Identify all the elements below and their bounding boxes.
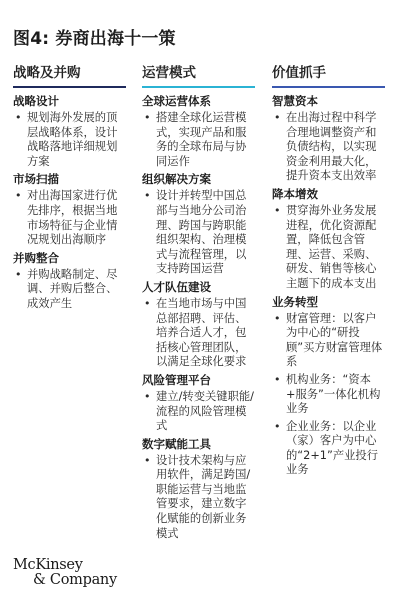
bullet-item: •搭建全球化运营模式，实现产品和服务的全球布局与协同运作	[142, 111, 255, 169]
section-title: 人才队伍建设	[142, 280, 255, 295]
bullet-list: •设计并转型中国总部与当地分公司治理、跨国与跨职能组织架构、治理模式与流程管理，…	[142, 189, 255, 277]
bullet-item: •设计技术架构与应用软件，满足跨国/职能运营与当地监管要求，建立数字化赋能的创新…	[142, 454, 255, 542]
bullet-text: 在出海过程中科学合理地调整资产和负债结构，以实现资金利用最大化，提升资本支出效率	[286, 111, 376, 182]
bullet-text: 设计技术架构与应用软件，满足跨国/职能运营与当地监管要求，建立数字化赋能的创新业…	[156, 454, 250, 540]
bullet-item: •对出海国家进行优先排序，根据当地市场特征与企业情况规划出海顺序	[13, 189, 126, 247]
bullet-list: •对出海国家进行优先排序，根据当地市场特征与企业情况规划出海顺序	[13, 189, 126, 247]
bullet-dot-icon: •	[144, 189, 151, 204]
mckinsey-logo: McKinsey & Company	[13, 558, 117, 588]
bullet-dot-icon: •	[144, 111, 151, 126]
bullet-dot-icon: •	[15, 189, 22, 204]
bullet-text: 建立/转变关键职能/流程的风险管理模式	[156, 390, 254, 432]
bullet-dot-icon: •	[274, 420, 281, 435]
bullet-dot-icon: •	[144, 297, 151, 312]
bullet-dot-icon: •	[274, 204, 281, 219]
bullet-text: 财富管理：以客户为中心的“研投顾”买方财富管理体系	[286, 312, 382, 369]
bullet-dot-icon: •	[274, 373, 281, 388]
bullet-item: •在当地市场与中国总部招聘、评估、培养合适人才，包括核心管理团队，以满足全球化要…	[142, 297, 255, 370]
section-title: 战略设计	[13, 94, 126, 109]
bullet-list: •在出海过程中科学合理地调整资产和负债结构，以实现资金利用最大化，提升资本支出效…	[272, 111, 385, 184]
section-title: 业务转型	[272, 295, 385, 310]
bullet-dot-icon: •	[144, 454, 151, 469]
bullet-dot-icon: •	[15, 111, 22, 126]
column-header-rule	[142, 86, 255, 88]
section-title: 并购整合	[13, 251, 126, 266]
bullet-text: 设计并转型中国总部与当地分公司治理、跨国与跨职能组织架构、治理模式与流程管理，以…	[156, 189, 246, 275]
column-header: 战略及并购	[13, 65, 126, 86]
bullet-item: •建立/转变关键职能/流程的风险管理模式	[142, 390, 255, 434]
section-title: 市场扫描	[13, 172, 126, 187]
column-header: 价值抓手	[272, 65, 385, 86]
bullet-list: •并购战略制定、尽调、并购后整合、成效产生	[13, 268, 126, 312]
logo-line-1: McKinsey	[13, 557, 83, 573]
bullet-text: 搭建全球化运营模式，实现产品和服务的全球布局与协同运作	[156, 111, 246, 168]
section-title: 全球运营体系	[142, 94, 255, 109]
bullet-item: •设计并转型中国总部与当地分公司治理、跨国与跨职能组织架构、治理模式与流程管理，…	[142, 189, 255, 277]
section-title: 数字赋能工具	[142, 437, 255, 452]
section-title: 智慧资本	[272, 94, 385, 109]
figure-title: 图4: 券商出海十一策	[13, 24, 176, 49]
bullet-dot-icon: •	[15, 268, 22, 283]
section-title: 降本增效	[272, 187, 385, 202]
bullet-list: •搭建全球化运营模式，实现产品和服务的全球布局与协同运作	[142, 111, 255, 169]
column-2: 价值抓手智慧资本•在出海过程中科学合理地调整资产和负债结构，以实现资金利用最大化…	[272, 65, 385, 481]
column-header: 运营模式	[142, 65, 255, 86]
bullet-list: •财富管理：以客户为中心的“研投顾”买方财富管理体系•机构业务：“资本+服务”一…	[272, 312, 385, 479]
bullet-text: 机构业务：“资本+服务”一体化机构业务	[286, 373, 380, 415]
section-title: 风险管理平台	[142, 373, 255, 388]
bullet-dot-icon: •	[274, 312, 281, 327]
column-0: 战略及并购战略设计•规划海外发展的顶层战略体系，设计战略落地详细规划方案市场扫描…	[13, 65, 126, 315]
bullet-text: 并购战略制定、尽调、并购后整合、成效产生	[27, 268, 117, 310]
section-title: 组织解决方案	[142, 172, 255, 187]
bullet-list: •规划海外发展的顶层战略体系，设计战略落地详细规划方案	[13, 111, 126, 169]
bullet-list: •设计技术架构与应用软件，满足跨国/职能运营与当地监管要求，建立数字化赋能的创新…	[142, 454, 255, 542]
column-header-rule	[272, 86, 385, 88]
bullet-item: •在出海过程中科学合理地调整资产和负债结构，以实现资金利用最大化，提升资本支出效…	[272, 111, 385, 184]
bullet-list: •建立/转变关键职能/流程的风险管理模式	[142, 390, 255, 434]
column-1: 运营模式全球运营体系•搭建全球化运营模式，实现产品和服务的全球布局与协同运作组织…	[142, 65, 255, 544]
column-header-rule	[13, 86, 126, 88]
bullet-text: 对出海国家进行优先排序，根据当地市场特征与企业情况规划出海顺序	[27, 189, 117, 246]
bullet-item: •规划海外发展的顶层战略体系，设计战略落地详细规划方案	[13, 111, 126, 169]
bullet-text: 在当地市场与中国总部招聘、评估、培养合适人才，包括核心管理团队，以满足全球化要求	[156, 297, 246, 368]
bullet-list: •在当地市场与中国总部招聘、评估、培养合适人才，包括核心管理团队，以满足全球化要…	[142, 297, 255, 370]
bullet-item: •机构业务：“资本+服务”一体化机构业务	[272, 373, 385, 417]
bullet-text: 贯穿海外业务发展进程，优化资源配置，降低包含管理、运营、采购、研发、销售等核心主…	[286, 204, 376, 290]
bullet-text: 规划海外发展的顶层战略体系，设计战略落地详细规划方案	[27, 111, 117, 168]
logo-line-2: & Company	[13, 573, 117, 588]
bullet-item: •并购战略制定、尽调、并购后整合、成效产生	[13, 268, 126, 312]
bullet-item: •贯穿海外业务发展进程，优化资源配置，降低包含管理、运营、采购、研发、销售等核心…	[272, 204, 385, 292]
bullet-dot-icon: •	[144, 390, 151, 405]
bullet-dot-icon: •	[274, 111, 281, 126]
bullet-list: •贯穿海外业务发展进程，优化资源配置，降低包含管理、运营、采购、研发、销售等核心…	[272, 204, 385, 292]
bullet-text: 企业业务：以企业（家）客户为中心的“2+1”产业投行业务	[286, 420, 378, 477]
bullet-item: •企业业务：以企业（家）客户为中心的“2+1”产业投行业务	[272, 420, 385, 478]
bullet-item: •财富管理：以客户为中心的“研投顾”买方财富管理体系	[272, 312, 385, 370]
